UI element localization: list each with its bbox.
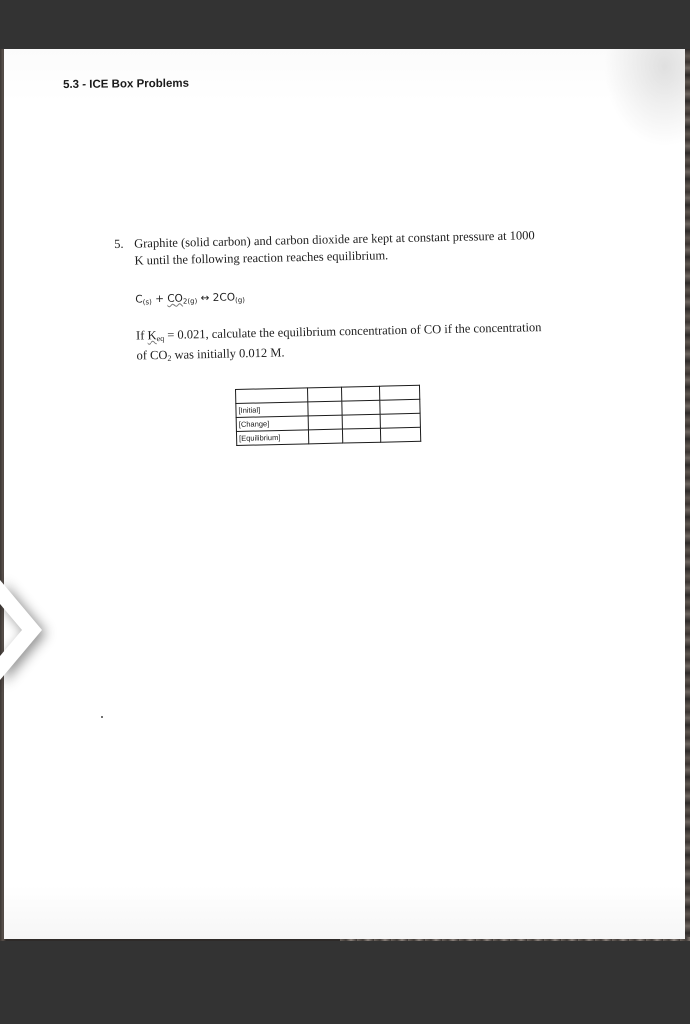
ice-header-cell bbox=[307, 387, 341, 402]
ice-cell bbox=[380, 427, 420, 442]
chevron-left-icon bbox=[0, 580, 70, 690]
worksheet-photo: 5.3 - ICE Box Problems 5.Graphite (solid… bbox=[0, 49, 690, 941]
ice-cell bbox=[342, 400, 380, 415]
desk-edge-right bbox=[685, 49, 690, 941]
ice-header-cell bbox=[341, 386, 379, 401]
top-letterbox-bar bbox=[0, 0, 690, 49]
ice-table: [Initial] [Change] [Equilibrium] bbox=[235, 385, 421, 446]
keq-symbol: Keq bbox=[147, 328, 164, 342]
image-viewer: 5.3 - ICE Box Problems 5.Graphite (solid… bbox=[0, 0, 690, 1024]
problem-question: If Keq = 0.021, calculate the equilibriu… bbox=[116, 318, 587, 368]
ice-cell bbox=[308, 429, 342, 444]
bottom-letterbox-bar bbox=[0, 941, 690, 1024]
ice-cell bbox=[308, 401, 342, 416]
co2-term: CO2(g) bbox=[167, 292, 197, 305]
ice-cell bbox=[342, 414, 380, 429]
worksheet-page: 5.3 - ICE Box Problems 5.Graphite (solid… bbox=[4, 49, 685, 939]
ice-cell bbox=[342, 428, 380, 443]
ice-cell bbox=[308, 415, 342, 430]
ice-header-cell bbox=[379, 385, 419, 400]
equilibrium-arrow: ↔ bbox=[200, 292, 209, 304]
problem-5: 5.Graphite (solid carbon) and carbon dio… bbox=[114, 226, 587, 368]
reaction-equation: C(s) + CO2(g) ↔ 2CO(g) bbox=[115, 282, 585, 311]
previous-image-button[interactable] bbox=[0, 580, 70, 690]
ice-row-label: [Equilibrium] bbox=[236, 430, 308, 446]
ice-row-equilibrium: [Equilibrium] bbox=[236, 427, 420, 445]
ice-cell bbox=[380, 399, 420, 414]
worksheet-heading: 5.3 - ICE Box Problems bbox=[63, 78, 189, 91]
problem-number: 5. bbox=[114, 236, 134, 253]
ice-cell bbox=[380, 413, 420, 428]
stray-mark bbox=[101, 716, 103, 718]
